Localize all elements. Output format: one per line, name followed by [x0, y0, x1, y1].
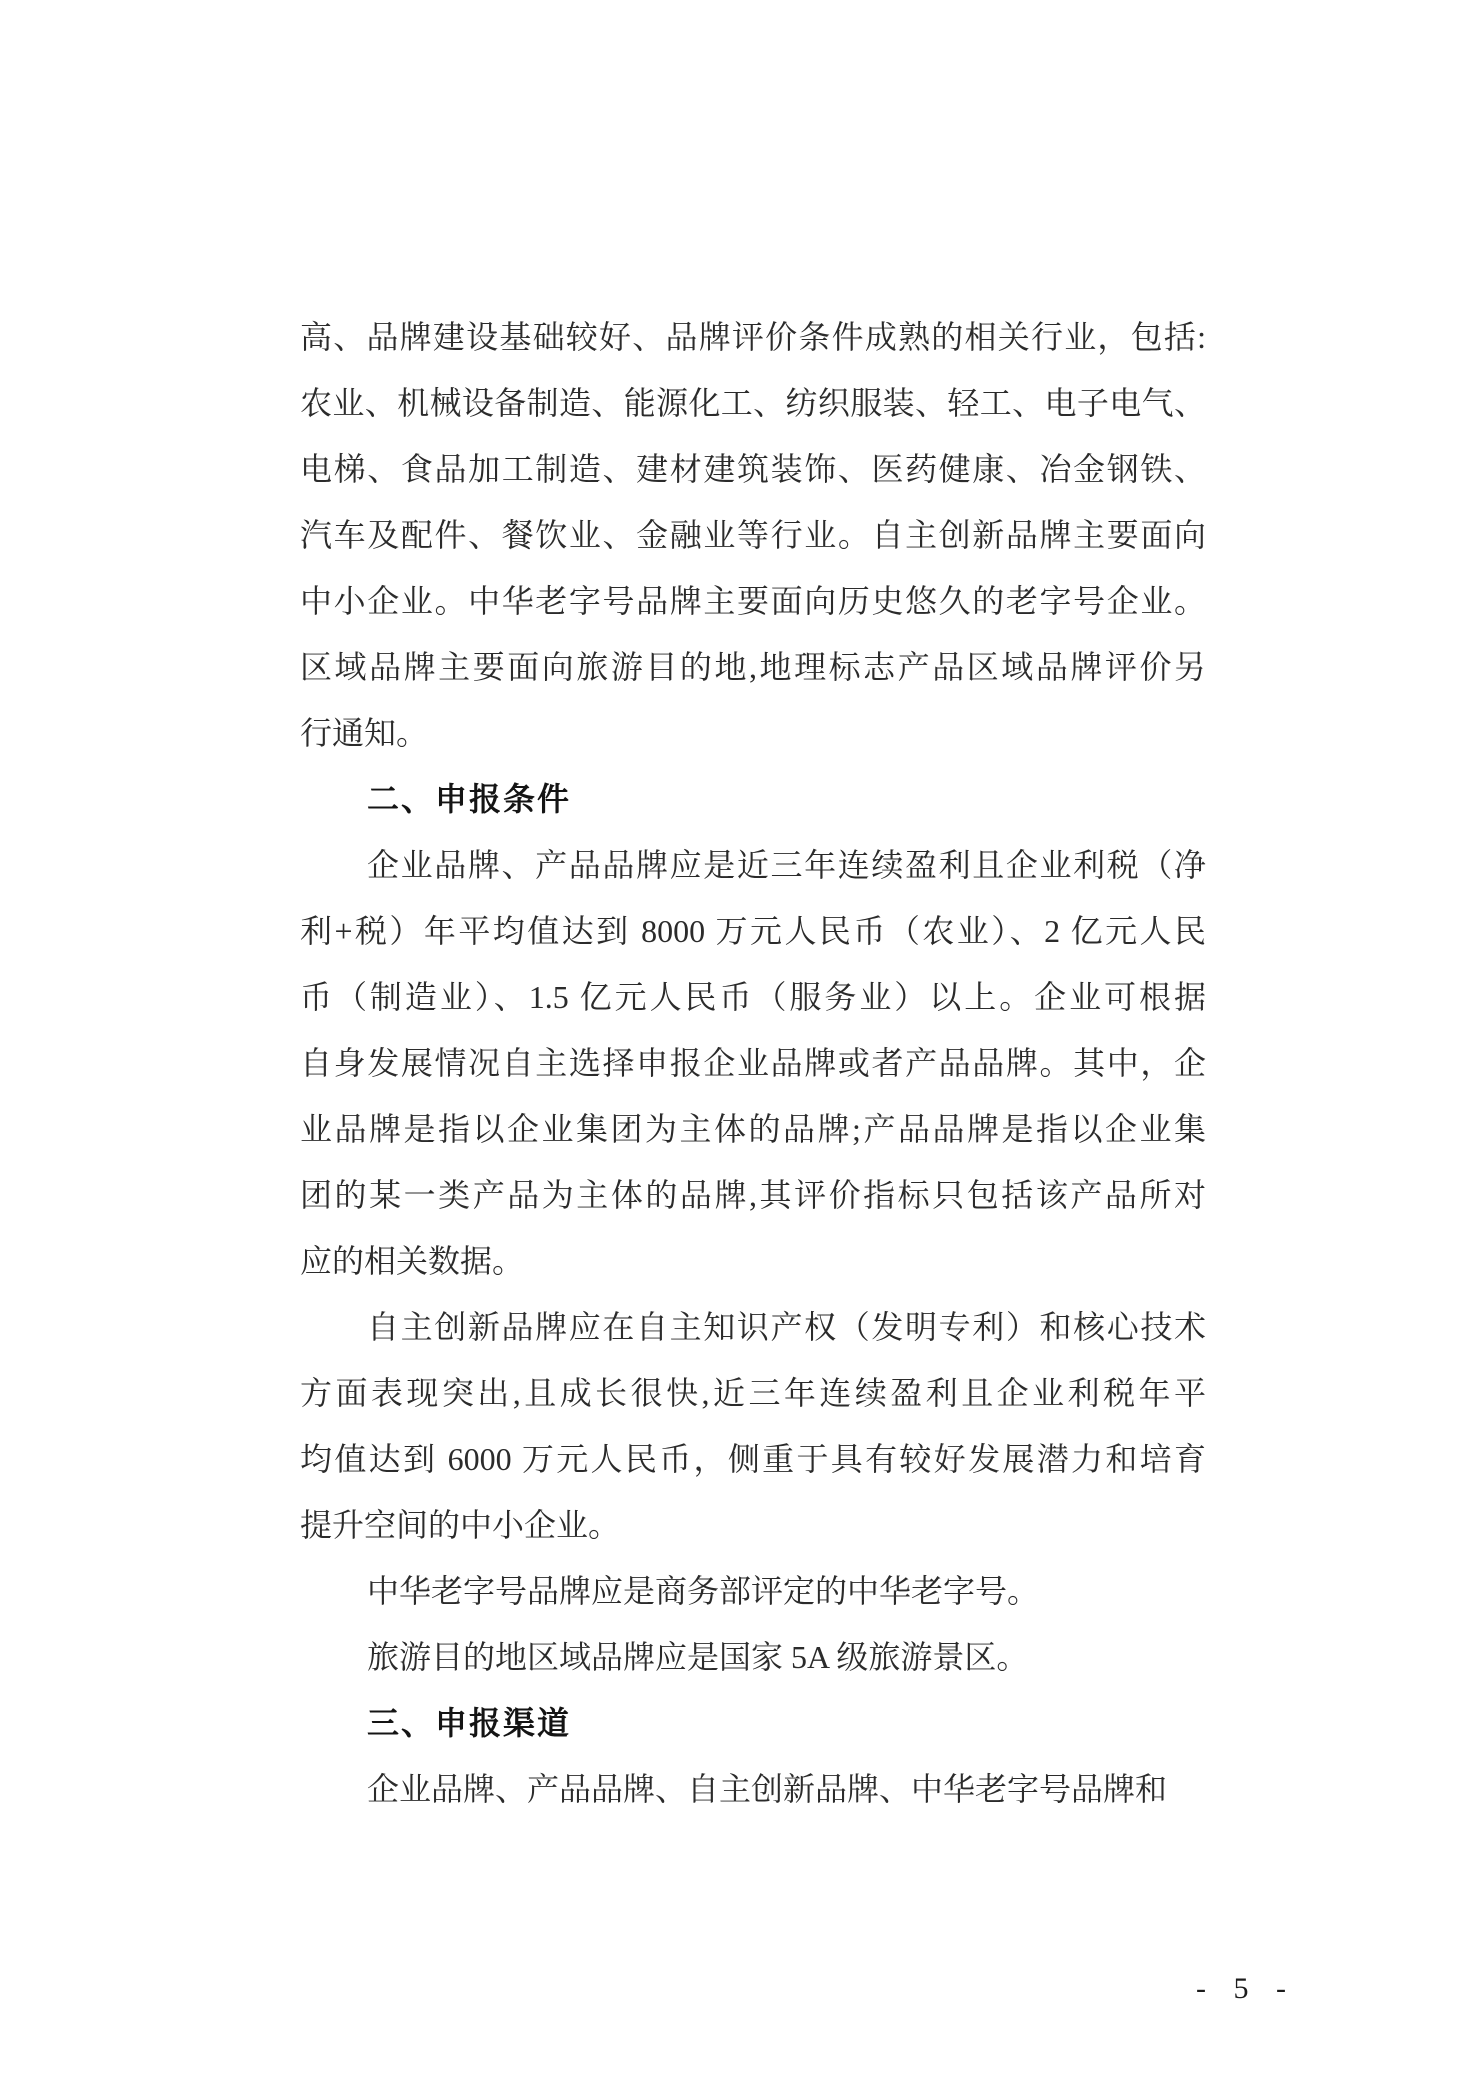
body-line: 提升空间的中小企业。	[300, 1492, 1206, 1558]
body-line: 区域品牌主要面向旅游目的地,地理标志产品区域品牌评价另	[300, 634, 1206, 700]
body-line: 应的相关数据。	[300, 1228, 1206, 1294]
page-number: - 5 -	[1196, 1972, 1296, 2006]
body-line: 高、品牌建设基础较好、品牌评价条件成熟的相关行业，包括:	[300, 304, 1206, 370]
body-line: 方面表现突出,且成长很快,近三年连续盈利且企业利税年平	[300, 1360, 1206, 1426]
body-line: 电梯、食品加工制造、建材建筑装饰、医药健康、冶金钢铁、	[300, 436, 1206, 502]
body-line: 自身发展情况自主选择申报企业品牌或者产品品牌。其中，企	[300, 1030, 1206, 1096]
text-column: 高、品牌建设基础较好、品牌评价条件成熟的相关行业，包括: 农业、机械设备制造、能…	[300, 304, 1206, 1822]
body-line: 中小企业。中华老字号品牌主要面向历史悠久的老字号企业。	[300, 568, 1206, 634]
body-line: 旅游目的地区域品牌应是国家 5A 级旅游景区。	[300, 1624, 1206, 1690]
body-line: 中华老字号品牌应是商务部评定的中华老字号。	[300, 1558, 1206, 1624]
body-line: 农业、机械设备制造、能源化工、纺织服装、轻工、电子电气、	[300, 370, 1206, 436]
section-heading-2: 二、申报条件	[300, 766, 1206, 832]
section-heading-3: 三、申报渠道	[300, 1690, 1206, 1756]
body-line: 自主创新品牌应在自主知识产权（发明专利）和核心技术	[300, 1294, 1206, 1360]
body-line: 利+税）年平均值达到 8000 万元人民币（农业）、2 亿元人民	[300, 898, 1206, 964]
body-line: 团的某一类产品为主体的品牌,其评价指标只包括该产品所对	[300, 1162, 1206, 1228]
body-line: 币（制造业）、1.5 亿元人民币（服务业）以上。企业可根据	[300, 964, 1206, 1030]
body-line: 企业品牌、产品品牌应是近三年连续盈利且企业利税（净	[300, 832, 1206, 898]
body-line: 均值达到 6000 万元人民币，侧重于具有较好发展潜力和培育	[300, 1426, 1206, 1492]
document-page: 高、品牌建设基础较好、品牌评价条件成熟的相关行业，包括: 农业、机械设备制造、能…	[0, 0, 1481, 2094]
body-line: 企业品牌、产品品牌、自主创新品牌、中华老字号品牌和	[300, 1756, 1206, 1822]
body-line: 汽车及配件、餐饮业、金融业等行业。自主创新品牌主要面向	[300, 502, 1206, 568]
body-line: 行通知。	[300, 700, 1206, 766]
body-line: 业品牌是指以企业集团为主体的品牌;产品品牌是指以企业集	[300, 1096, 1206, 1162]
